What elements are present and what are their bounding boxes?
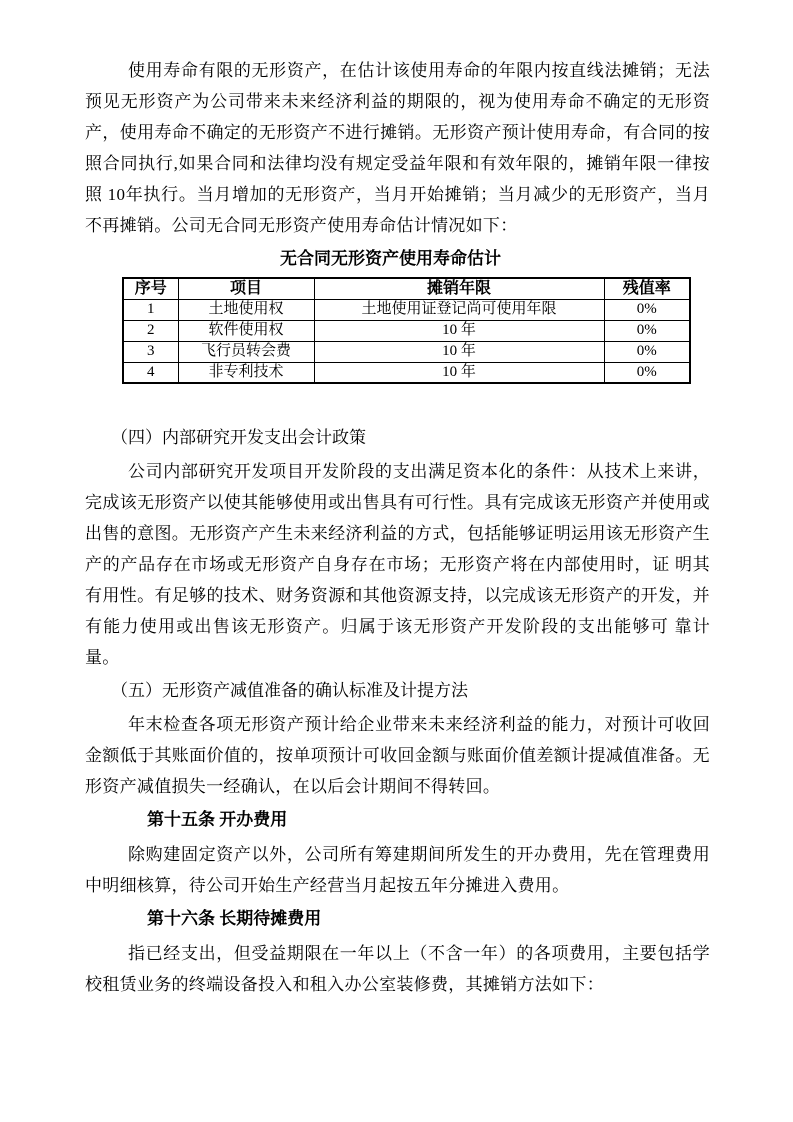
paragraph-intangible-amortization: 使用寿命有限的无形资产，在估计该使用寿命的年限内按直线法摊销；无法预见无形资产为… — [85, 55, 710, 241]
table-row: 1 土地使用权 土地使用证登记尚可使用年限 0% — [123, 299, 690, 320]
table-cell-residual: 0% — [604, 320, 690, 341]
table-header-years: 摊销年限 — [314, 278, 604, 299]
paragraph-impairment: 年末检查各项无形资产预计给企业带来未来经济利益的能力，对预计可收回金额低于其账面… — [85, 709, 710, 802]
paragraph-rd-capitalization: 公司内部研究开发项目开发阶段的支出满足资本化的条件：从技术上来讲，完成该无形资产… — [85, 456, 710, 673]
paragraph-startup-costs: 除购建固定资产以外，公司所有筹建期间所发生的开办费用，先在管理费用中明细核算，待… — [85, 839, 710, 901]
table-cell-item: 非专利技术 — [178, 362, 314, 383]
heading-article-15: 第十五条 开办费用 — [85, 804, 710, 835]
table-cell-residual: 0% — [604, 341, 690, 362]
table-cell-seq: 1 — [123, 299, 178, 320]
table-cell-residual: 0% — [604, 362, 690, 383]
table-cell-seq: 4 — [123, 362, 178, 383]
table-cell-years: 10 年 — [314, 362, 604, 383]
table-header-seq: 序号 — [123, 278, 178, 299]
table-cell-residual: 0% — [604, 299, 690, 320]
table-cell-seq: 2 — [123, 320, 178, 341]
table-row: 4 非专利技术 10 年 0% — [123, 362, 690, 383]
paragraph-deferred-expenses: 指已经支出，但受益期限在一年以上（不含一年）的各项费用，主要包括学校租赁业务的终… — [85, 938, 710, 1000]
table-cell-seq: 3 — [123, 341, 178, 362]
table-title: 无合同无形资产使用寿命估计 — [85, 243, 696, 274]
heading-article-16: 第十六条 长期待摊费用 — [85, 903, 710, 934]
document-page: 使用寿命有限的无形资产，在估计该使用寿命的年限内按直线法摊销；无法预见无形资产为… — [0, 0, 793, 1122]
table-row: 3 飞行员转会费 10 年 0% — [123, 341, 690, 362]
table-header-row: 序号 项目 摊销年限 残值率 — [123, 278, 690, 299]
table-cell-years: 10 年 — [314, 320, 604, 341]
table-header-item: 项目 — [178, 278, 314, 299]
heading-section-5: （五）无形资产减值准备的确认标准及计提方法 — [85, 675, 710, 706]
useful-life-table: 序号 项目 摊销年限 残值率 1 土地使用权 土地使用证登记尚可使用年限 0% … — [122, 277, 691, 384]
table-row: 2 软件使用权 10 年 0% — [123, 320, 690, 341]
table-cell-item: 软件使用权 — [178, 320, 314, 341]
heading-section-4: （四）内部研究开发支出会计政策 — [85, 422, 710, 453]
table-cell-years: 土地使用证登记尚可使用年限 — [314, 299, 604, 320]
table-cell-item: 土地使用权 — [178, 299, 314, 320]
table-cell-item: 飞行员转会费 — [178, 341, 314, 362]
table-cell-years: 10 年 — [314, 341, 604, 362]
table-header-residual: 残值率 — [604, 278, 690, 299]
